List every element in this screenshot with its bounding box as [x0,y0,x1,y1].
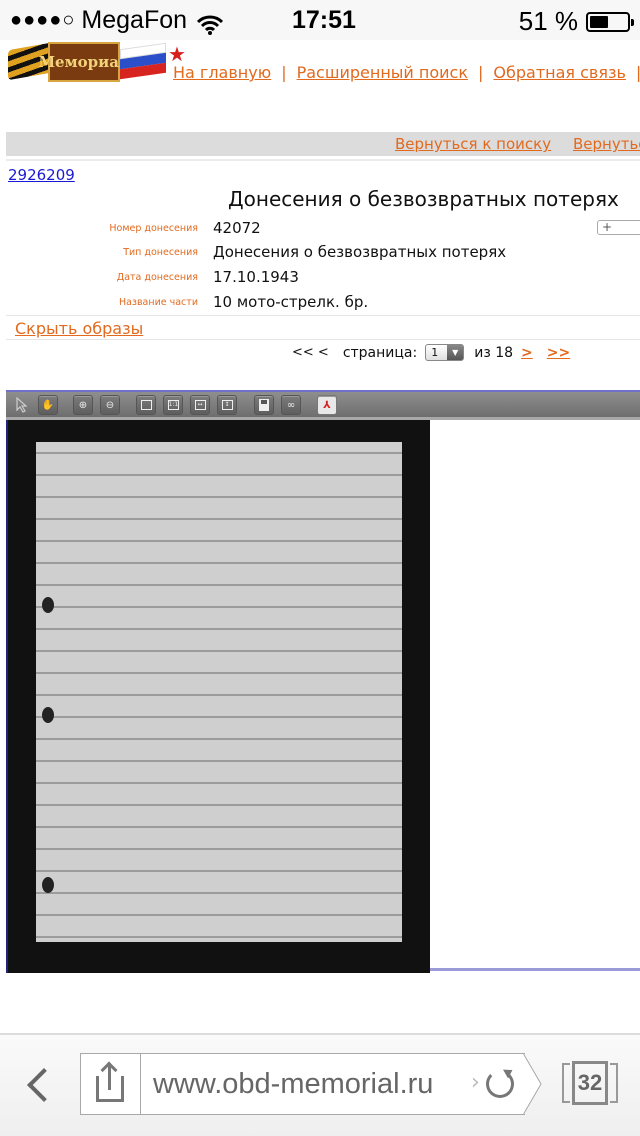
fit-width-icon[interactable]: ↔ [190,395,210,415]
url-chevron-icon: › [471,1070,480,1095]
forward-arrow-icon[interactable] [523,1053,543,1115]
page-total: из 18 [474,345,513,361]
field-report-date: Дата донесения 17.10.1943 [0,268,640,292]
tabs-button[interactable]: 32 [562,1061,618,1109]
page-select[interactable]: 1 ▼ [425,344,464,361]
fit-height-icon[interactable]: ↕ [217,395,237,415]
clock: 17:51 [292,6,356,35]
battery-percent: 51 % [519,6,578,37]
battery-icon [586,12,630,32]
browser-toolbar: www.obd-memorial.ru › 32 [0,1035,640,1136]
wifi-icon [197,11,223,31]
field-label: Тип донесения [123,247,198,258]
site-logo[interactable]: Мемориал ★ [6,40,186,92]
zoom-out-icon[interactable]: ⊖ [100,395,120,415]
pointer-tool-icon[interactable] [12,395,32,415]
page-title: Донесения о безвозвратных потерях [228,187,619,211]
divider [6,315,640,316]
field-value: 17.10.1943 [213,268,299,286]
nav-feedback-link[interactable]: Обратная связь [493,63,626,82]
top-navigation: На главную|Расширенный поиск|Обратная св… [173,63,640,82]
viewer-border [430,968,640,971]
first-prev-page[interactable]: << < [292,345,329,360]
hide-images-link[interactable]: Скрыть образы [15,319,143,338]
pdf-icon[interactable]: ⅄ [317,395,337,415]
field-value: Донесения о безвозвратных потерях [213,243,506,261]
divider [6,339,640,340]
scanned-page [36,442,402,942]
hand-tool-icon[interactable]: ✋ [38,395,58,415]
divider [6,159,640,161]
field-label: Дата донесения [117,272,198,283]
address-bar[interactable]: www.obd-memorial.ru › [80,1053,525,1115]
field-label: Номер донесения [109,223,198,234]
back-link[interactable]: Вернуться [573,135,640,153]
viewer-toolbar: ✋ ⊕ ⊖ 1:1 ↔ ↕ ∞ ⅄ [6,392,640,420]
page-label: страница: [343,345,417,361]
field-value: 42072 [213,219,261,237]
status-bar: ●●●●○ MegaFon 17:51 51 % [0,0,640,40]
back-to-search-link[interactable]: Вернуться к поиску [395,135,551,153]
logo-text: Мемориал [48,42,120,82]
field-value: 10 мото-стрелк. бр. [213,293,368,311]
field-label: Название части [119,297,198,308]
add-button[interactable]: + [597,220,640,235]
url-text[interactable]: www.obd-memorial.ru [153,1068,433,1101]
next-page-link[interactable]: > [521,345,533,361]
reload-icon[interactable] [486,1070,514,1098]
record-id-link[interactable]: 2926209 [8,166,75,184]
field-report-number: Номер донесения 42072 [0,219,640,243]
nav-advanced-search-link[interactable]: Расширенный поиск [297,63,468,82]
field-report-type: Тип донесения Донесения о безвозвратных … [0,243,640,267]
last-page-link[interactable]: >> [547,345,570,361]
back-arrow-icon[interactable] [24,1065,54,1105]
share-icon[interactable] [81,1054,141,1114]
actual-size-icon[interactable]: 1:1 [163,395,183,415]
fit-page-icon[interactable] [136,395,156,415]
link-icon[interactable]: ∞ [281,395,301,415]
carrier-name: MegaFon [81,6,187,35]
action-bar: Вернуться к поиску Вернуться [6,132,640,156]
document-scan-image[interactable] [8,420,430,973]
pagination: << < страница: 1 ▼ из 18 > >> [292,344,570,361]
chevron-down-icon: ▼ [447,345,463,360]
zoom-in-icon[interactable]: ⊕ [73,395,93,415]
nav-home-link[interactable]: На главную [173,63,271,82]
field-unit-name: Название части 10 мото-стрелк. бр. [0,293,640,317]
save-icon[interactable] [254,395,274,415]
tab-count: 32 [572,1061,608,1105]
russian-flag-icon [120,43,166,79]
signal-strength-icon: ●●●●○ [10,9,75,32]
